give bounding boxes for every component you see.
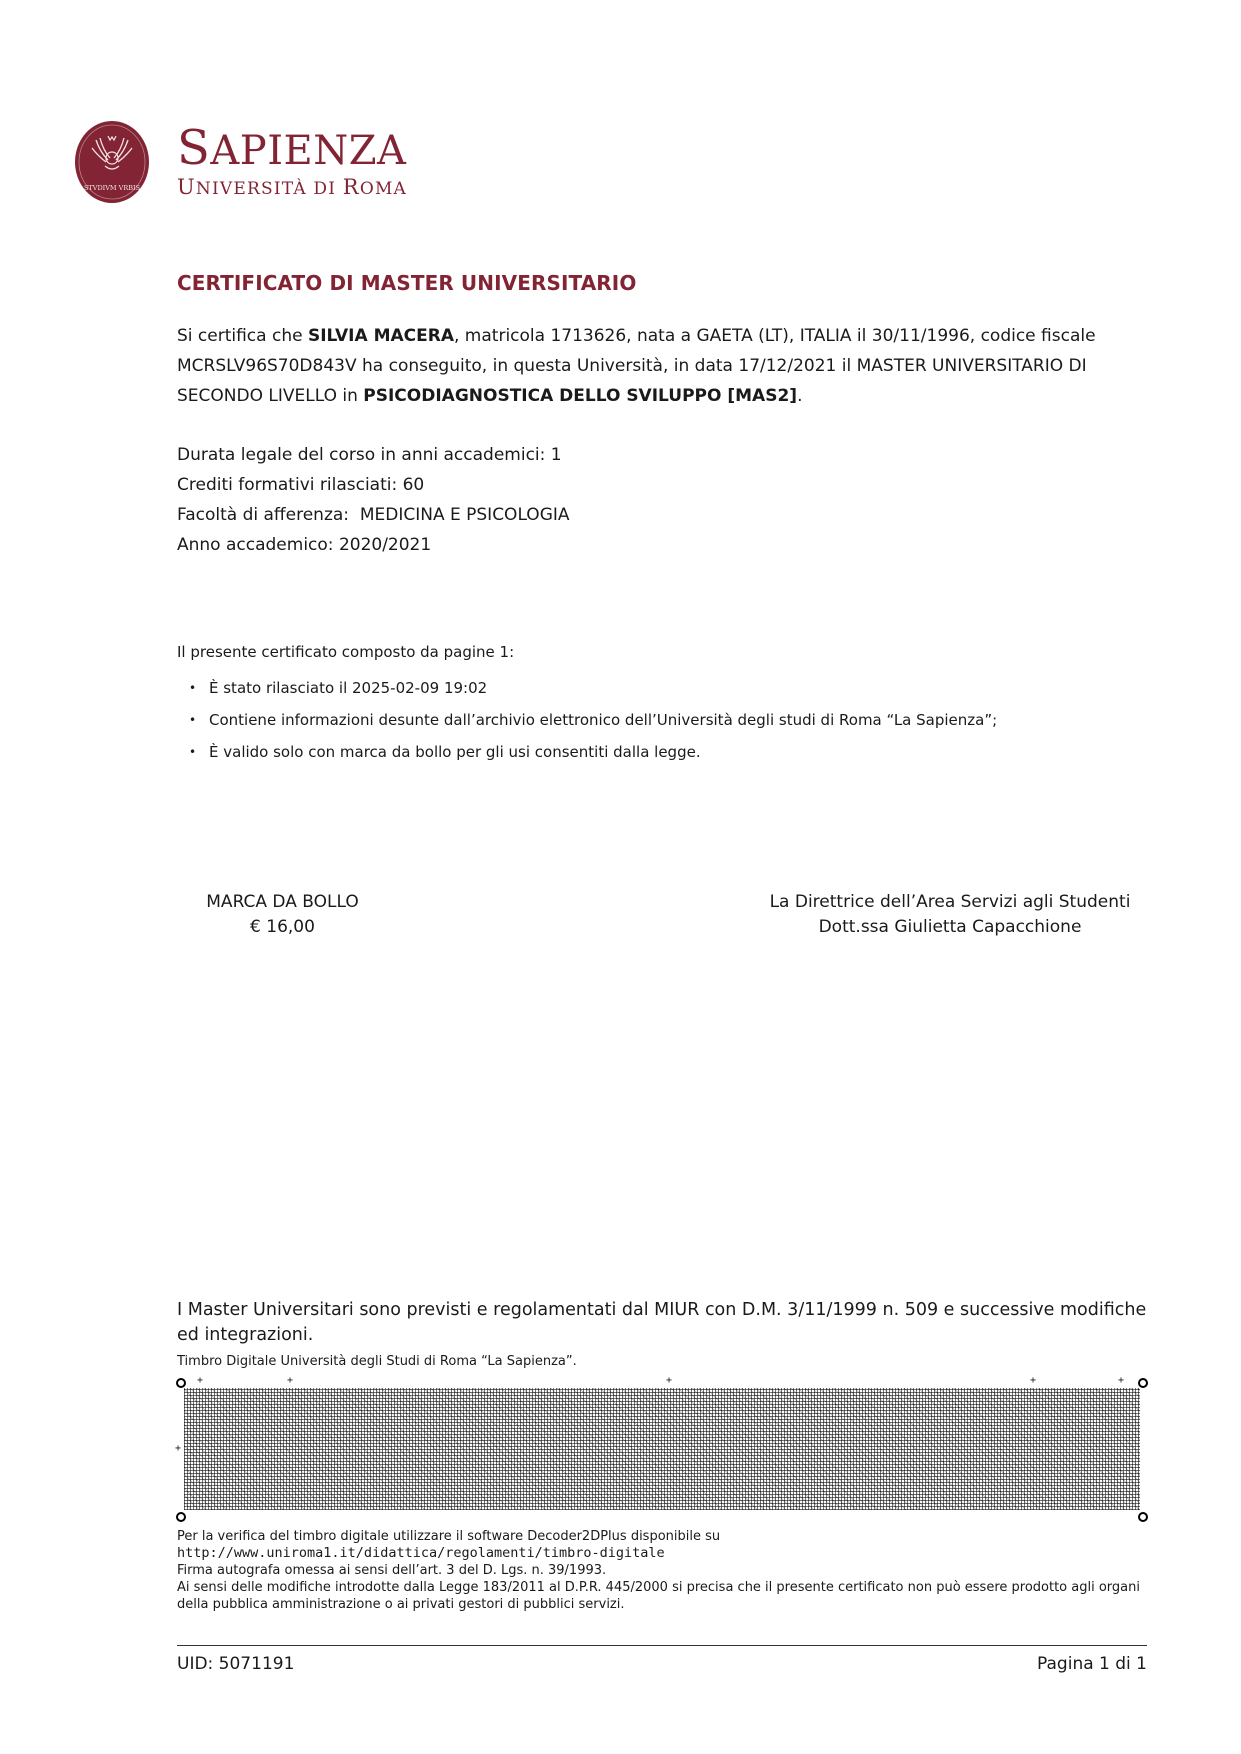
signer-name: Dott.ssa Giulietta Capacchione [740, 915, 1160, 940]
digital-stamp-label: Timbro Digitale Università degli Studi d… [177, 1354, 577, 1369]
corner-marker-icon [176, 1378, 186, 1388]
certificate-notes-list: È stato rilasciato il 2025-02-09 19:02 C… [209, 672, 997, 768]
revenue-stamp-label: MARCA DA BOLLO [190, 890, 375, 915]
fact-duration: Durata legale del corso in anni accademi… [177, 440, 570, 470]
corner-marker-icon [176, 1512, 186, 1522]
miur-note: I Master Universitari sono previsti e re… [177, 1298, 1147, 1348]
list-item: È valido solo con marca da bollo per gli… [209, 736, 997, 768]
fact-credits: Crediti formativi rilasciati: 60 [177, 470, 570, 500]
university-subtitle: UNIVERSITÀ DI ROMA [177, 175, 407, 199]
digital-stamp-barcode: + + + + + + [178, 1380, 1146, 1520]
plus-marker-icon: + [1030, 1376, 1036, 1386]
document-uid: UID: 5071191 [177, 1654, 294, 1674]
plus-marker-icon: + [1118, 1376, 1124, 1386]
fact-academic-year: Anno accademico: 2020/2021 [177, 530, 570, 560]
plus-marker-icon: + [666, 1376, 672, 1386]
svg-text:STVDIVM VRBIS: STVDIVM VRBIS [84, 184, 140, 192]
signer-role: La Direttrice dell’Area Servizi agli Stu… [740, 890, 1160, 915]
verification-url[interactable]: http://www.uniroma1.it/didattica/regolam… [177, 1545, 1167, 1562]
course-facts: Durata legale del corso in anni accademi… [177, 440, 570, 560]
corner-marker-icon [1138, 1512, 1148, 1522]
plus-marker-icon: + [175, 1444, 181, 1454]
signature-block: La Direttrice dell’Area Servizi agli Stu… [740, 890, 1160, 940]
certification-statement: Si certifica che SILVIA MACERA, matricol… [177, 321, 1097, 411]
pages-statement: Il presente certificato composto da pagi… [177, 643, 514, 661]
list-item: Contiene informazioni desunte dall’archi… [209, 704, 997, 736]
list-item: È stato rilasciato il 2025-02-09 19:02 [209, 672, 997, 704]
barcode-pattern [184, 1388, 1140, 1510]
sapienza-seal-logo: STVDIVM VRBIS [74, 120, 150, 204]
certificate-title: CERTIFICATO DI MASTER UNIVERSITARIO [177, 271, 636, 295]
sapienza-wordmark: SAPIENZA UNIVERSITÀ DI ROMA [177, 128, 407, 199]
university-name: SAPIENZA [177, 128, 407, 171]
plus-marker-icon: + [197, 1376, 203, 1386]
student-name: SILVIA MACERA [308, 326, 454, 346]
course-name: PSICODIAGNOSTICA DELLO SVILUPPO [MAS2] [363, 386, 797, 406]
revenue-stamp-amount: € 16,00 [190, 915, 375, 940]
page-number: Pagina 1 di 1 [1037, 1654, 1147, 1674]
fact-faculty: Facoltà di afferenza: MEDICINA E PSICOLO… [177, 500, 570, 530]
plus-marker-icon: + [287, 1376, 293, 1386]
corner-marker-icon [1138, 1378, 1148, 1388]
footer-divider [177, 1645, 1147, 1646]
verification-notes: Per la verifica del timbro digitale util… [177, 1528, 1167, 1613]
revenue-stamp-block: MARCA DA BOLLO € 16,00 [190, 890, 375, 940]
